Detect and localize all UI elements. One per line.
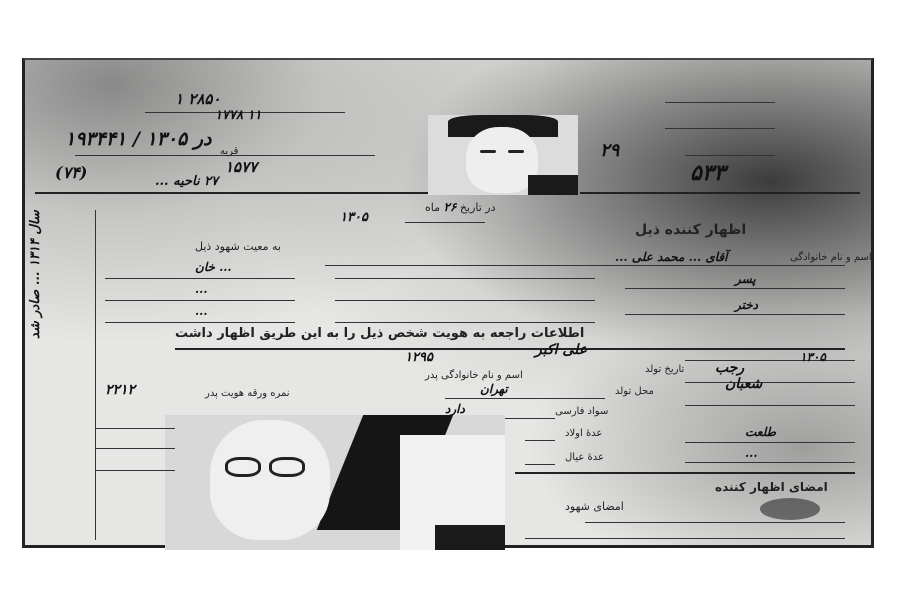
registration-line: در ۱۳۰۵ / ۱۹۳۴۴۱ — [65, 128, 212, 150]
birth-place-label: محل تولد — [615, 386, 654, 397]
father-id-label: نمره ورقه هویت پدر — [205, 388, 290, 399]
district-line: ۲۷ ناحیه ... — [155, 174, 218, 189]
declarant-row-rule — [325, 265, 845, 266]
literacy-label: سواد فارسی — [555, 406, 608, 417]
date-prefix: در تاریخ — [460, 201, 496, 214]
date-label: در تاریخ ۲۶ ماه — [425, 200, 496, 214]
witness-row-rule — [335, 278, 595, 279]
header-right-rule — [665, 128, 775, 129]
signature-rule — [585, 522, 845, 523]
left-row-rule — [95, 470, 175, 471]
village-value: ۱۵۷۷ — [225, 158, 257, 176]
left-row-rule — [95, 448, 175, 449]
right-col-rule — [685, 405, 855, 406]
literacy-value: دارد — [445, 402, 465, 416]
photo-older-man — [165, 415, 505, 550]
declarant-signature-label: امضای اظهار کننده — [715, 480, 828, 494]
serial-line-1: ۲۸۵۰ ۱ — [175, 90, 221, 108]
witness-signature-label: امضای شهود — [565, 500, 624, 513]
wives-rule — [525, 464, 555, 465]
declarant-heading: اظهار کننده ذیل — [635, 222, 746, 238]
section-rule — [515, 472, 855, 474]
declarant-name-value: آقای ... محمد علی ... — [615, 250, 727, 264]
district-number: (۷۴) — [55, 163, 87, 182]
declarant-son-value: پسر — [735, 272, 756, 286]
header-right-rule — [685, 155, 775, 156]
identity-document: ۲۸۵۰ ۱ ۱۱ ۱۷۷۸ در ۱۳۰۵ / ۱۹۳۴۴۱ قریه ۱۵۷… — [22, 58, 874, 548]
header-right-rule — [665, 102, 775, 103]
declarant-daughter-value: دختر — [735, 298, 758, 312]
identity-statement: اطلاعات راجعه به هویت شخص ذیل را به این … — [175, 326, 584, 341]
witnesses-heading: به معیت شهود ذیل — [195, 240, 281, 253]
wives-count-label: عدهٔ عیال — [565, 452, 604, 463]
witness-3-value: ... — [195, 304, 208, 318]
declarant-row-rule — [625, 288, 845, 289]
witness-2-value: ... — [195, 282, 208, 296]
header-bottom-rule — [35, 192, 430, 194]
serial-line-2: ۱۱ ۱۷۷۸ — [215, 108, 261, 123]
header-right-mark: ۲۹ — [600, 140, 619, 161]
right-col-value-4: طلعت — [745, 425, 776, 439]
witness-row-rule — [335, 300, 595, 301]
witness-row-rule — [335, 322, 595, 323]
right-col-rule — [685, 462, 855, 463]
declarant-name-label: اسم و نام خانوادگی — [790, 252, 872, 263]
date-rule — [405, 222, 485, 223]
children-count-label: عدهٔ اولاد — [565, 428, 602, 439]
right-col-rule — [685, 382, 855, 383]
witness-row-rule — [105, 278, 295, 279]
birth-place-value: تهران — [480, 382, 508, 396]
right-col-rule — [685, 360, 855, 361]
father-id-value: ۲۲۱۲ — [105, 382, 135, 398]
left-column-rule — [95, 210, 96, 540]
right-col-value-2: رجب — [715, 360, 744, 376]
right-col-value-5: ... — [745, 446, 758, 460]
date-day: ۲۶ — [444, 200, 457, 214]
signature-rule — [525, 538, 845, 539]
date-month-label: ماه — [425, 201, 440, 214]
birth-date-value: ۱۲۹۵ — [405, 350, 433, 365]
village-label: قریه — [220, 146, 238, 157]
witness-row-rule — [105, 322, 295, 323]
header-right-bottom-rule — [580, 192, 860, 194]
birth-date-label: تاریخ تولد — [645, 364, 684, 375]
right-col-value-3: شعبان — [725, 376, 762, 392]
father-name-value: علی اکبر — [535, 342, 587, 358]
statement-rule — [175, 348, 845, 350]
header-right-number: ۵۳۳ — [690, 160, 725, 186]
photo-young-man — [428, 115, 578, 195]
witness-1-value: ... خان — [195, 260, 232, 274]
father-name-label: اسم و نام خانوادگی پدر — [425, 370, 523, 381]
right-col-value-1: ۱۳۰۵ — [800, 350, 826, 364]
signature-scribble — [760, 498, 820, 520]
right-col-rule — [685, 442, 855, 443]
left-row-rule — [95, 428, 175, 429]
date-year: ۱۳۰۵ — [340, 210, 368, 225]
birth-place-rule — [445, 398, 605, 399]
margin-note: سال ۱۳۱۴ ... صادر شد — [28, 210, 88, 530]
children-rule — [525, 440, 555, 441]
declarant-row-rule — [625, 314, 845, 315]
witness-row-rule — [105, 300, 295, 301]
